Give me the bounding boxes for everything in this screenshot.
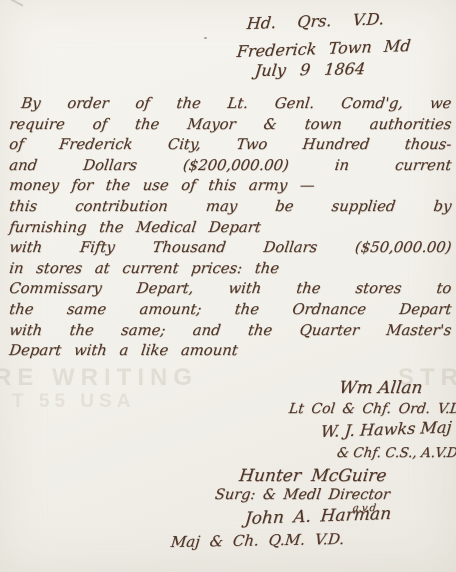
body-line: with the same; and the Quarter Master's [8, 321, 453, 342]
body-line: By order of the Lt. Genl. Comd'g, we [8, 94, 453, 115]
body-line: of Frederick City, Two Hundred thous- [8, 135, 453, 156]
signature-title: Maj & Ch. Q.M. V.D. [170, 530, 345, 551]
body-line: furnishing the Medical Depart [8, 218, 453, 239]
body-line: and Dollars ($200,000.00) in current [8, 156, 453, 177]
body-line: money for the use of this army — [8, 176, 453, 197]
signature-name: Hunter McGuire [238, 466, 388, 486]
body-line: Depart with a like amount [8, 341, 453, 362]
body-line: Commissary Depart, with the stores to [8, 279, 453, 300]
watermark-text: RE WRITING [0, 364, 198, 392]
header-unit-line: Hd. Qrs. V.D. [246, 9, 385, 33]
signature-title: Surg: & Medl Director [214, 487, 391, 503]
body-line: in stores at current prices: the [8, 259, 453, 280]
document-page: RE WRITING STRAT T 55 USA Hd. Qrs. V.D. … [0, 0, 456, 572]
body-line: require of the Mayor & town authorities [8, 115, 453, 136]
signature-title: Lt Col & Chf. Ord. V.D. [288, 401, 456, 417]
signature-name: Wm Allan [338, 378, 424, 398]
watermark-text: T 55 USA [12, 391, 135, 413]
letter-body: By order of the Lt. Genl. Comd'g, we req… [8, 94, 450, 362]
body-line: this contribution may be supplied by [8, 197, 453, 218]
signature-name: John A. Harman [244, 504, 392, 529]
header-date-line: July 9 1864 [254, 59, 366, 80]
fold-mark [9, 0, 24, 6]
signature-name: W. J. Hawks Maj [320, 417, 452, 441]
body-line: with Fifty Thousand Dollars ($50,000.00) [8, 238, 453, 259]
body-line: the same amount; the Ordnance Depart [8, 300, 453, 321]
ink-speck [204, 37, 207, 39]
header-place-line: Frederick Town Md [236, 36, 412, 61]
signature-title: & Chf. C.S., A.V.D. [336, 445, 456, 461]
